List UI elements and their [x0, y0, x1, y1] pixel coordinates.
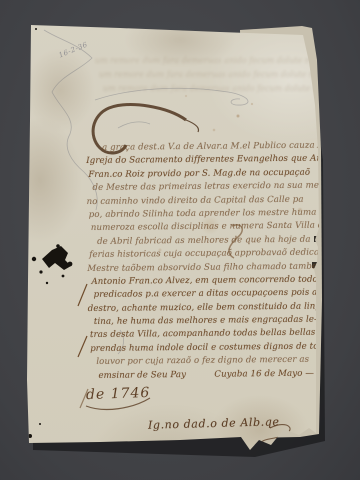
signature: Ig.no dad.o de Alb.qe	[148, 415, 280, 431]
manuscript-year: de 1746	[86, 385, 151, 403]
manuscript-date-line: emsinar de Seu Pay Cuyaba 16 de Mayo —	[98, 367, 320, 383]
show-through-text: um remore dum fara demeruas anido fecum …	[99, 70, 314, 79]
manuscript-line: a graça dest.a V.a de Alvar.a M.el Publi…	[102, 140, 318, 156]
pencil-annotation: 16-2-36	[58, 41, 89, 60]
manuscript-text-block: a graça dest.a V.a de Alvar.a M.el Publi…	[86, 140, 321, 383]
show-through-text: um remore dum fara demeruas anido fecum …	[103, 84, 318, 93]
show-through-text: um remore dum fara demeruas anido fecum …	[95, 56, 310, 65]
manuscript-page: um remore dum fara demeruas anido fecum …	[0, 0, 360, 480]
photo-of-manuscript: um remore dum fara demeruas anido fecum …	[0, 0, 360, 480]
manuscript-line: Mestre taõbem absorvido Sua filho chamad…	[87, 260, 319, 276]
manuscript-line: louvor por cuja razaõ o fez digno de mer…	[96, 354, 320, 370]
